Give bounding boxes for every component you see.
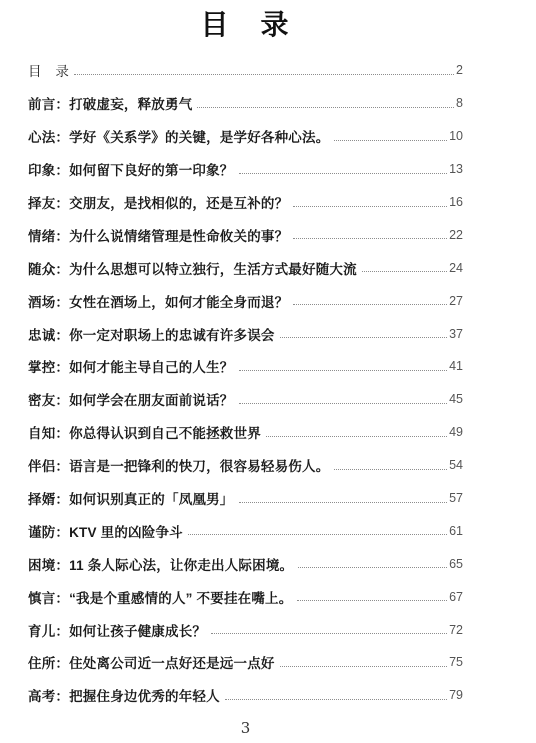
dotted-leader bbox=[280, 337, 447, 338]
dotted-leader bbox=[211, 633, 447, 634]
toc-entry-page: 49 bbox=[449, 425, 463, 439]
toc-entry-label: 心法：学好《关系学》的关键，是学好各种心法。 bbox=[28, 126, 329, 146]
toc-entry[interactable]: 目 录 2 bbox=[28, 54, 463, 87]
toc-entry-page: 45 bbox=[449, 392, 463, 406]
toc-list: 目 录 2 前言：打破虚妄，释放勇气 8 心法：学好《关系学》的关键，是学好各种… bbox=[28, 54, 463, 712]
dotted-leader bbox=[298, 567, 447, 568]
toc-entry[interactable]: 前言：打破虚妄，释放勇气 8 bbox=[28, 87, 463, 120]
toc-entry-label: 育儿：如何让孩子健康成长？ bbox=[28, 620, 206, 640]
toc-entry-label: 住所：住处离公司近一点好还是远一点好 bbox=[28, 652, 275, 672]
toc-entry-page: 41 bbox=[449, 359, 463, 373]
toc-entry[interactable]: 印象：如何留下良好的第一印象？ 13 bbox=[28, 153, 463, 186]
toc-entry-page: 65 bbox=[449, 557, 463, 571]
toc-entry-label: 掌控：如何才能主导自己的人生？ bbox=[28, 356, 234, 376]
toc-entry[interactable]: 伴侣：语言是一把锋利的快刀，很容易轻易伤人。 54 bbox=[28, 449, 463, 482]
toc-entry-page: 67 bbox=[449, 590, 463, 604]
toc-entry-page: 24 bbox=[449, 261, 463, 275]
toc-entry-page: 61 bbox=[449, 524, 463, 538]
toc-entry-page: 16 bbox=[449, 195, 463, 209]
toc-entry-label: 高考：把握住身边优秀的年轻人 bbox=[28, 685, 220, 705]
toc-entry[interactable]: 高考：把握住身边优秀的年轻人 79 bbox=[28, 679, 463, 712]
dotted-leader bbox=[197, 107, 454, 108]
dotted-leader bbox=[266, 436, 447, 437]
toc-entry-page: 10 bbox=[449, 129, 463, 143]
page-title: 目 录 bbox=[28, 8, 463, 42]
footer-page-number: 3 bbox=[28, 719, 463, 737]
toc-entry-label: 前言：打破虚妄，释放勇气 bbox=[28, 93, 192, 113]
toc-entry-page: 2 bbox=[456, 63, 463, 77]
toc-entry-page: 8 bbox=[456, 96, 463, 110]
toc-entry[interactable]: 住所：住处离公司近一点好还是远一点好 75 bbox=[28, 646, 463, 679]
toc-entry-page: 37 bbox=[449, 327, 463, 341]
toc-entry[interactable]: 择友：交朋友，是找相似的，还是互补的？ 16 bbox=[28, 186, 463, 219]
dotted-leader bbox=[280, 666, 447, 667]
toc-entry-label: 情绪：为什么说情绪管理是性命攸关的事？ bbox=[28, 225, 288, 245]
toc-entry[interactable]: 随众：为什么思想可以特立独行，生活方式最好随大流 24 bbox=[28, 251, 463, 284]
toc-entry-label: 随众：为什么思想可以特立独行，生活方式最好随大流 bbox=[28, 258, 357, 278]
toc-entry-page: 57 bbox=[449, 491, 463, 505]
toc-entry-label: 困境：11 条人际心法，让你走出人际困境。 bbox=[28, 554, 293, 574]
dotted-leader bbox=[297, 600, 447, 601]
dotted-leader bbox=[239, 173, 448, 174]
toc-entry[interactable]: 心法：学好《关系学》的关键，是学好各种心法。 10 bbox=[28, 120, 463, 153]
toc-entry-page: 13 bbox=[449, 162, 463, 176]
toc-entry[interactable]: 掌控：如何才能主导自己的人生？ 41 bbox=[28, 350, 463, 383]
toc-page: 目 录 目 录 2 前言：打破虚妄，释放勇气 8 心法：学好《关系学》的关键，是… bbox=[0, 0, 536, 743]
toc-entry[interactable]: 择婿：如何识别真正的「凤凰男」 57 bbox=[28, 482, 463, 515]
toc-entry-page: 72 bbox=[449, 623, 463, 637]
toc-entry-label: 伴侣：语言是一把锋利的快刀，很容易轻易伤人。 bbox=[28, 455, 329, 475]
toc-entry-label: 自知：你总得认识到自己不能拯救世界 bbox=[28, 422, 261, 442]
toc-entry-page: 22 bbox=[449, 228, 463, 242]
dotted-leader bbox=[225, 699, 447, 700]
toc-entry[interactable]: 酒场：女性在酒场上，如何才能全身而退？ 27 bbox=[28, 284, 463, 317]
dotted-leader bbox=[239, 502, 448, 503]
toc-entry[interactable]: 情绪：为什么说情绪管理是性命攸关的事？ 22 bbox=[28, 218, 463, 251]
toc-entry-label: 择友：交朋友，是找相似的，还是互补的？ bbox=[28, 192, 288, 212]
toc-entry-label: 谨防：KTV 里的凶险争斗 bbox=[28, 521, 183, 541]
dotted-leader bbox=[74, 74, 454, 75]
toc-entry-label: 慎言：“我是个重感情的人” 不要挂在嘴上。 bbox=[28, 587, 292, 607]
dotted-leader bbox=[334, 140, 447, 141]
toc-entry-label: 印象：如何留下良好的第一印象？ bbox=[28, 159, 234, 179]
toc-entry[interactable]: 谨防：KTV 里的凶险争斗 61 bbox=[28, 514, 463, 547]
toc-entry-page: 75 bbox=[449, 655, 463, 669]
toc-entry[interactable]: 困境：11 条人际心法，让你走出人际困境。 65 bbox=[28, 547, 463, 580]
dotted-leader bbox=[362, 271, 447, 272]
toc-entry-label: 忠诚：你一定对职场上的忠诚有许多误会 bbox=[28, 324, 275, 344]
dotted-leader bbox=[239, 370, 448, 371]
page-content-area: 目 录 目 录 2 前言：打破虚妄，释放勇气 8 心法：学好《关系学》的关键，是… bbox=[28, 0, 463, 743]
dotted-leader bbox=[239, 403, 448, 404]
toc-entry[interactable]: 密友：如何学会在朋友面前说话？ 45 bbox=[28, 383, 463, 416]
toc-entry-page: 54 bbox=[449, 458, 463, 472]
toc-entry-label: 择婿：如何识别真正的「凤凰男」 bbox=[28, 488, 234, 508]
toc-entry-page: 27 bbox=[449, 294, 463, 308]
dotted-leader bbox=[293, 206, 447, 207]
toc-entry-label: 酒场：女性在酒场上，如何才能全身而退？ bbox=[28, 291, 288, 311]
dotted-leader bbox=[293, 238, 447, 239]
toc-entry[interactable]: 育儿：如何让孩子健康成长？ 72 bbox=[28, 613, 463, 646]
dotted-leader bbox=[188, 534, 447, 535]
dotted-leader bbox=[334, 469, 447, 470]
toc-entry[interactable]: 忠诚：你一定对职场上的忠诚有许多误会 37 bbox=[28, 317, 463, 350]
toc-entry-label: 目 录 bbox=[28, 60, 69, 80]
toc-entry-page: 79 bbox=[449, 688, 463, 702]
toc-entry-label: 密友：如何学会在朋友面前说话？ bbox=[28, 389, 234, 409]
toc-entry[interactable]: 自知：你总得认识到自己不能拯救世界 49 bbox=[28, 416, 463, 449]
dotted-leader bbox=[293, 304, 447, 305]
toc-entry[interactable]: 慎言：“我是个重感情的人” 不要挂在嘴上。 67 bbox=[28, 580, 463, 613]
